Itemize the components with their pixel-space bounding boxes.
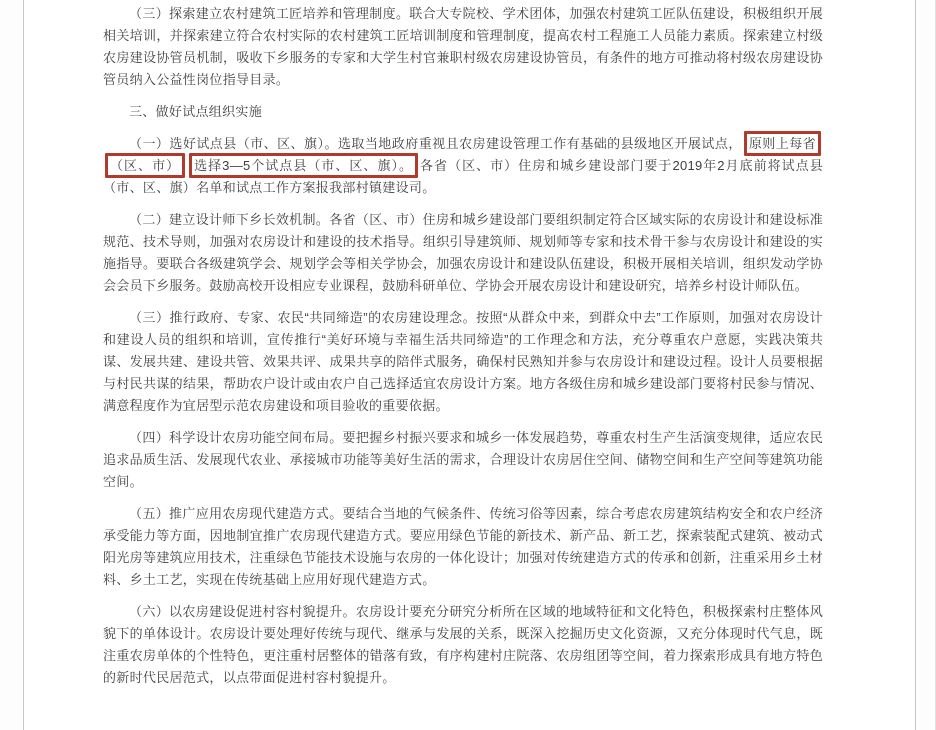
para-joint-creation-concept: （三）推行政府、专家、农民“共同缔造”的农房建设理念。按照“从群众中来，到群众中… [103,307,823,417]
highlight-box-pilot-county-selection: 选择3—5个试点县（市、区、旗）。 [189,153,418,178]
screenshot-canvas: （三）探索建立农村建筑工匠培养和管理制度。联合大专院校、学术团体，加强农村建筑工… [0,0,936,730]
para-select-pilot-counties: （一）选好试点县（市、区、旗）。选取当地政府重视且农房建设管理工作有基础的县级地… [103,133,823,199]
para-modern-construction-methods: （五）推广应用农房现代建造方式。要结合当地的气候条件、传统习俗等因素，综合考虑农… [103,503,823,591]
pilot-counties-lead-text: （一）选好试点县（市、区、旗）。选取当地政府重视且农房建设管理工作有基础的县级地… [129,136,742,151]
para-building-craftsmen: （三）探索建立农村建筑工匠培养和管理制度。联合大专院校、学术团体，加强农村建筑工… [103,3,823,91]
document-body: （三）探索建立农村建筑工匠培养和管理制度。联合大专院校、学术团体，加强农村建筑工… [24,0,915,689]
para-designer-countryside-mechanism: （二）建立设计师下乡长效机制。各省（区、市）住房和城乡建设部门要组织制定符合区域… [103,209,823,297]
article-page: （三）探索建立农村建筑工匠培养和管理制度。联合大专院校、学术团体，加强农村建筑工… [23,0,916,730]
para-village-appearance-improvement: （六）以农房建设促进村容村貌提升。农房设计要充分研究分析所在区域的地域特征和文化… [103,601,823,689]
para-functional-space-design: （四）科学设计农房功能空间布局。要把握乡村振兴要求和城乡一体发展趋势，尊重农村生… [103,427,823,493]
heading-pilot-implementation: 三、做好试点组织实施 [103,101,823,123]
